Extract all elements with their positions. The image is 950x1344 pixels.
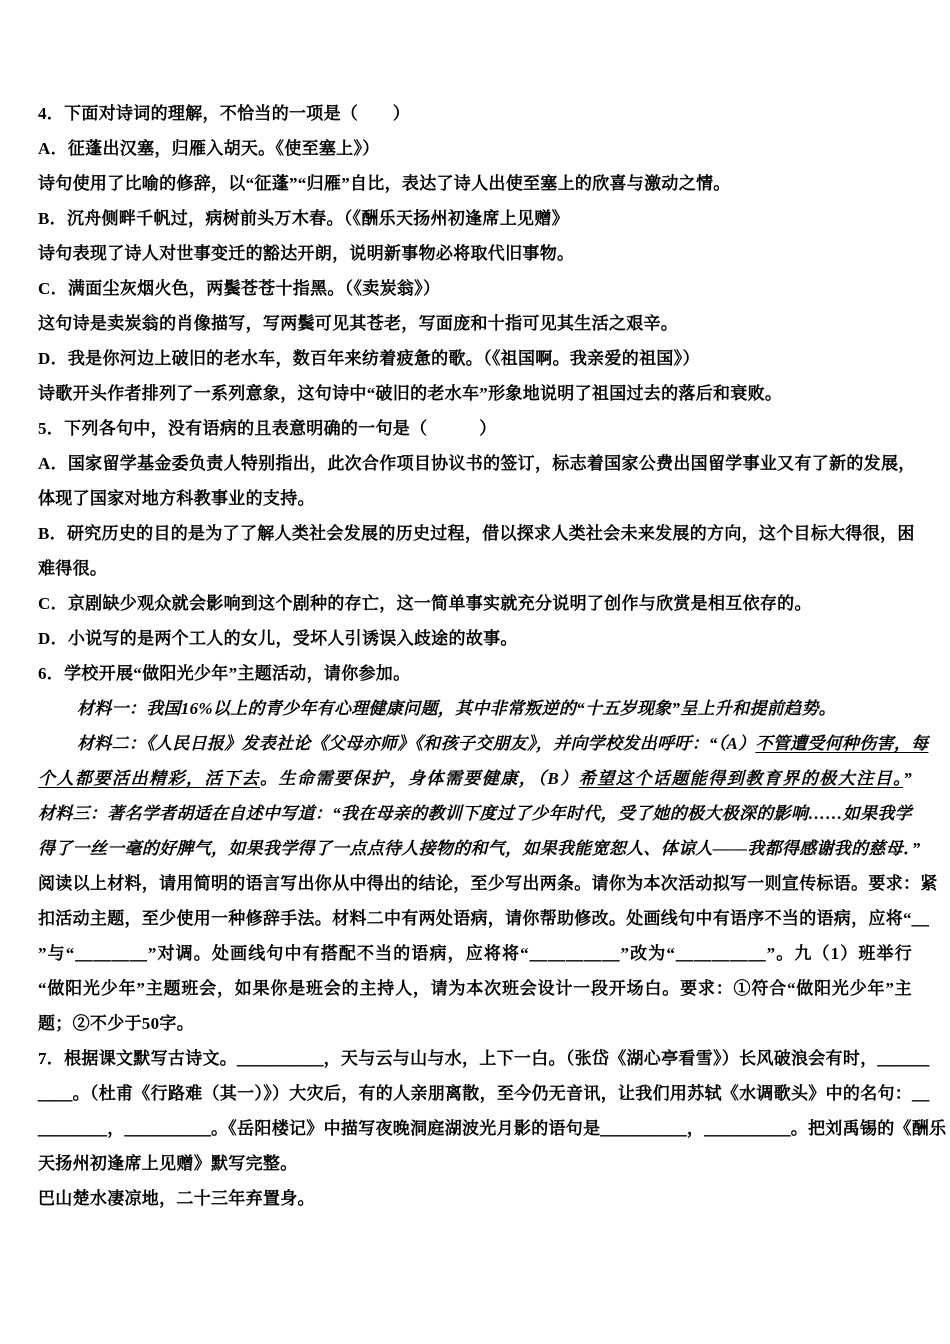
q5-option-a-line-2: 体现了国家对地方科教事业的支持。 [38, 481, 912, 516]
q4-option-a-analysis: 诗句使用了比喻的修辞，以“征蓬”“归雁”自比，表达了诗人出使至塞上的欣喜与激动之… [38, 166, 912, 201]
q7-line-3: ＿＿＿＿，＿＿＿＿＿。《岳阳楼记》中描写夜晚洞庭湖波光月影的语句是＿＿＿＿＿，＿… [38, 1111, 912, 1146]
q5-option-c: C．京剧缺少观众就会影响到这个剧种的存亡，这一简单事实就充分说明了创作与欣赏是相… [38, 586, 912, 621]
q4-option-a: A．征蓬出汉塞，归雁入胡天。《使至塞上》） [38, 131, 912, 166]
q7-line-2: ＿＿。（杜甫《行路难（其一）》）大灾后，有的人亲朋离散，至今仍无音讯，让我们用苏… [38, 1076, 912, 1111]
material-2-middle-text: 。生命需要保护，身体需要健康，（B） [260, 769, 579, 788]
q6-material-2-line-2: 个人都要活出精彩，活下去。生命需要保护，身体需要健康，（B）希望这个话题能得到教… [38, 761, 912, 796]
q4-option-d: D．我是你河边上破旧的老水车，数百年来纺着疲惫的歌。（《祖国啊。我亲爱的祖国》） [38, 341, 912, 376]
q5-option-d: D．小说写的是两个工人的女儿，受坏人引诱误入歧途的故事。 [38, 621, 912, 656]
q4-stem: 4．下面对诗词的理解，不恰当的一项是（ ） [38, 96, 912, 131]
q6-task-line-4: “做阳光少年”主题班会，如果你是班会的主持人，请为本次班会设计一段开场白。要求：… [38, 971, 912, 1006]
q6-task-line-5: 题；②不少于50字。 [38, 1006, 912, 1041]
q5-option-b-line-2: 难得很。 [38, 551, 912, 586]
q6-material-2-line-1: 材料二：《人民日报》发表社论《父母亦师》《和孩子交朋友》，并向学校发出呼吁：“（… [38, 726, 912, 761]
q6-stem: 6．学校开展“做阳光少年”主题活动，请你参加。 [38, 656, 912, 691]
q6-task-line-2: 扣活动主题，至少使用一种修辞手法。材料二中有两处语病，请你帮助修改。处画线句中有… [38, 901, 912, 936]
material-2-closing-quote: ” [903, 769, 912, 788]
q6-material-1: 材料一：我国16%以上的青少年有心理健康问题，其中非常叛逆的“十五岁现象”呈上升… [38, 691, 912, 726]
material-2-lead-text: 材料二：《人民日报》发表社论《父母亦师》《和孩子交朋友》，并向学校发出呼吁：“（… [77, 734, 755, 753]
underlined-clause-a-continued: 个人都要活出精彩，活下去 [38, 769, 260, 788]
q4-option-b-analysis: 诗句表现了诗人对世事变迁的豁达开朗，说明新事物必将取代旧事物。 [38, 236, 912, 271]
q6-material-3-line-2: 得了一丝一毫的好脾气，如果我学得了一点点待人接物的和气，如果我能宽恕人、体谅人—… [38, 831, 912, 866]
q5-stem: 5．下列各句中，没有语病的且表意明确的一句是（ ） [38, 411, 912, 446]
q6-material-3-line-1: 材料三：著名学者胡适在自述中写道：“我在母亲的教训下度过了少年时代，受了她的极大… [38, 796, 912, 831]
q4-option-d-analysis: 诗歌开头作者排列了一系列意象，这句诗中“破旧的老水车”形象地说明了祖国过去的落后… [38, 376, 912, 411]
q4-option-c-analysis: 这句诗是卖炭翁的肖像描写，写两鬓可见其苍老，写面庞和十指可见其生活之艰辛。 [38, 306, 912, 341]
q7-poem-line: 巴山楚水凄凉地，二十三年弃置身。 [38, 1181, 912, 1216]
q6-task-line-3: ”与“＿＿＿＿”对调。处画线句中有搭配不当的语病，应将将“＿＿＿＿＿”改为“＿＿… [38, 936, 912, 971]
q4-option-b: B．沉舟侧畔千帆过，病树前头万木春。（《酬乐天扬州初逢席上见赠》 [38, 201, 912, 236]
underlined-clause-a: 不管遭受何种伤害，每 [755, 734, 928, 753]
q7-line-1: 7．根据课文默写古诗文。＿＿＿＿＿，天与云与山与水，上下一白。（张岱《湖心亭看雪… [38, 1041, 912, 1076]
q4-option-c: C．满面尘灰烟火色，两鬓苍苍十指黑。（《卖炭翁》） [38, 271, 912, 306]
q5-option-b-line-1: B．研究历史的目的是为了了解人类社会发展的历史过程，借以探求人类社会未来发展的方… [38, 516, 912, 551]
q5-option-a-line-1: A．国家留学基金委负责人特别指出，此次合作项目协议书的签订，标志着国家公费出国留… [38, 446, 912, 481]
q6-task-line-1: 阅读以上材料，请用简明的语言写出你从中得出的结论，至少写出两条。请你为本次活动拟… [38, 866, 912, 901]
underlined-clause-b: 希望这个话题能得到教育界的极大注目。 [579, 769, 903, 788]
exam-page: 4．下面对诗词的理解，不恰当的一项是（ ） A．征蓬出汉塞，归雁入胡天。《使至塞… [0, 0, 950, 1344]
q7-line-4: 天扬州初逢席上见赠》默写完整。 [38, 1146, 912, 1181]
